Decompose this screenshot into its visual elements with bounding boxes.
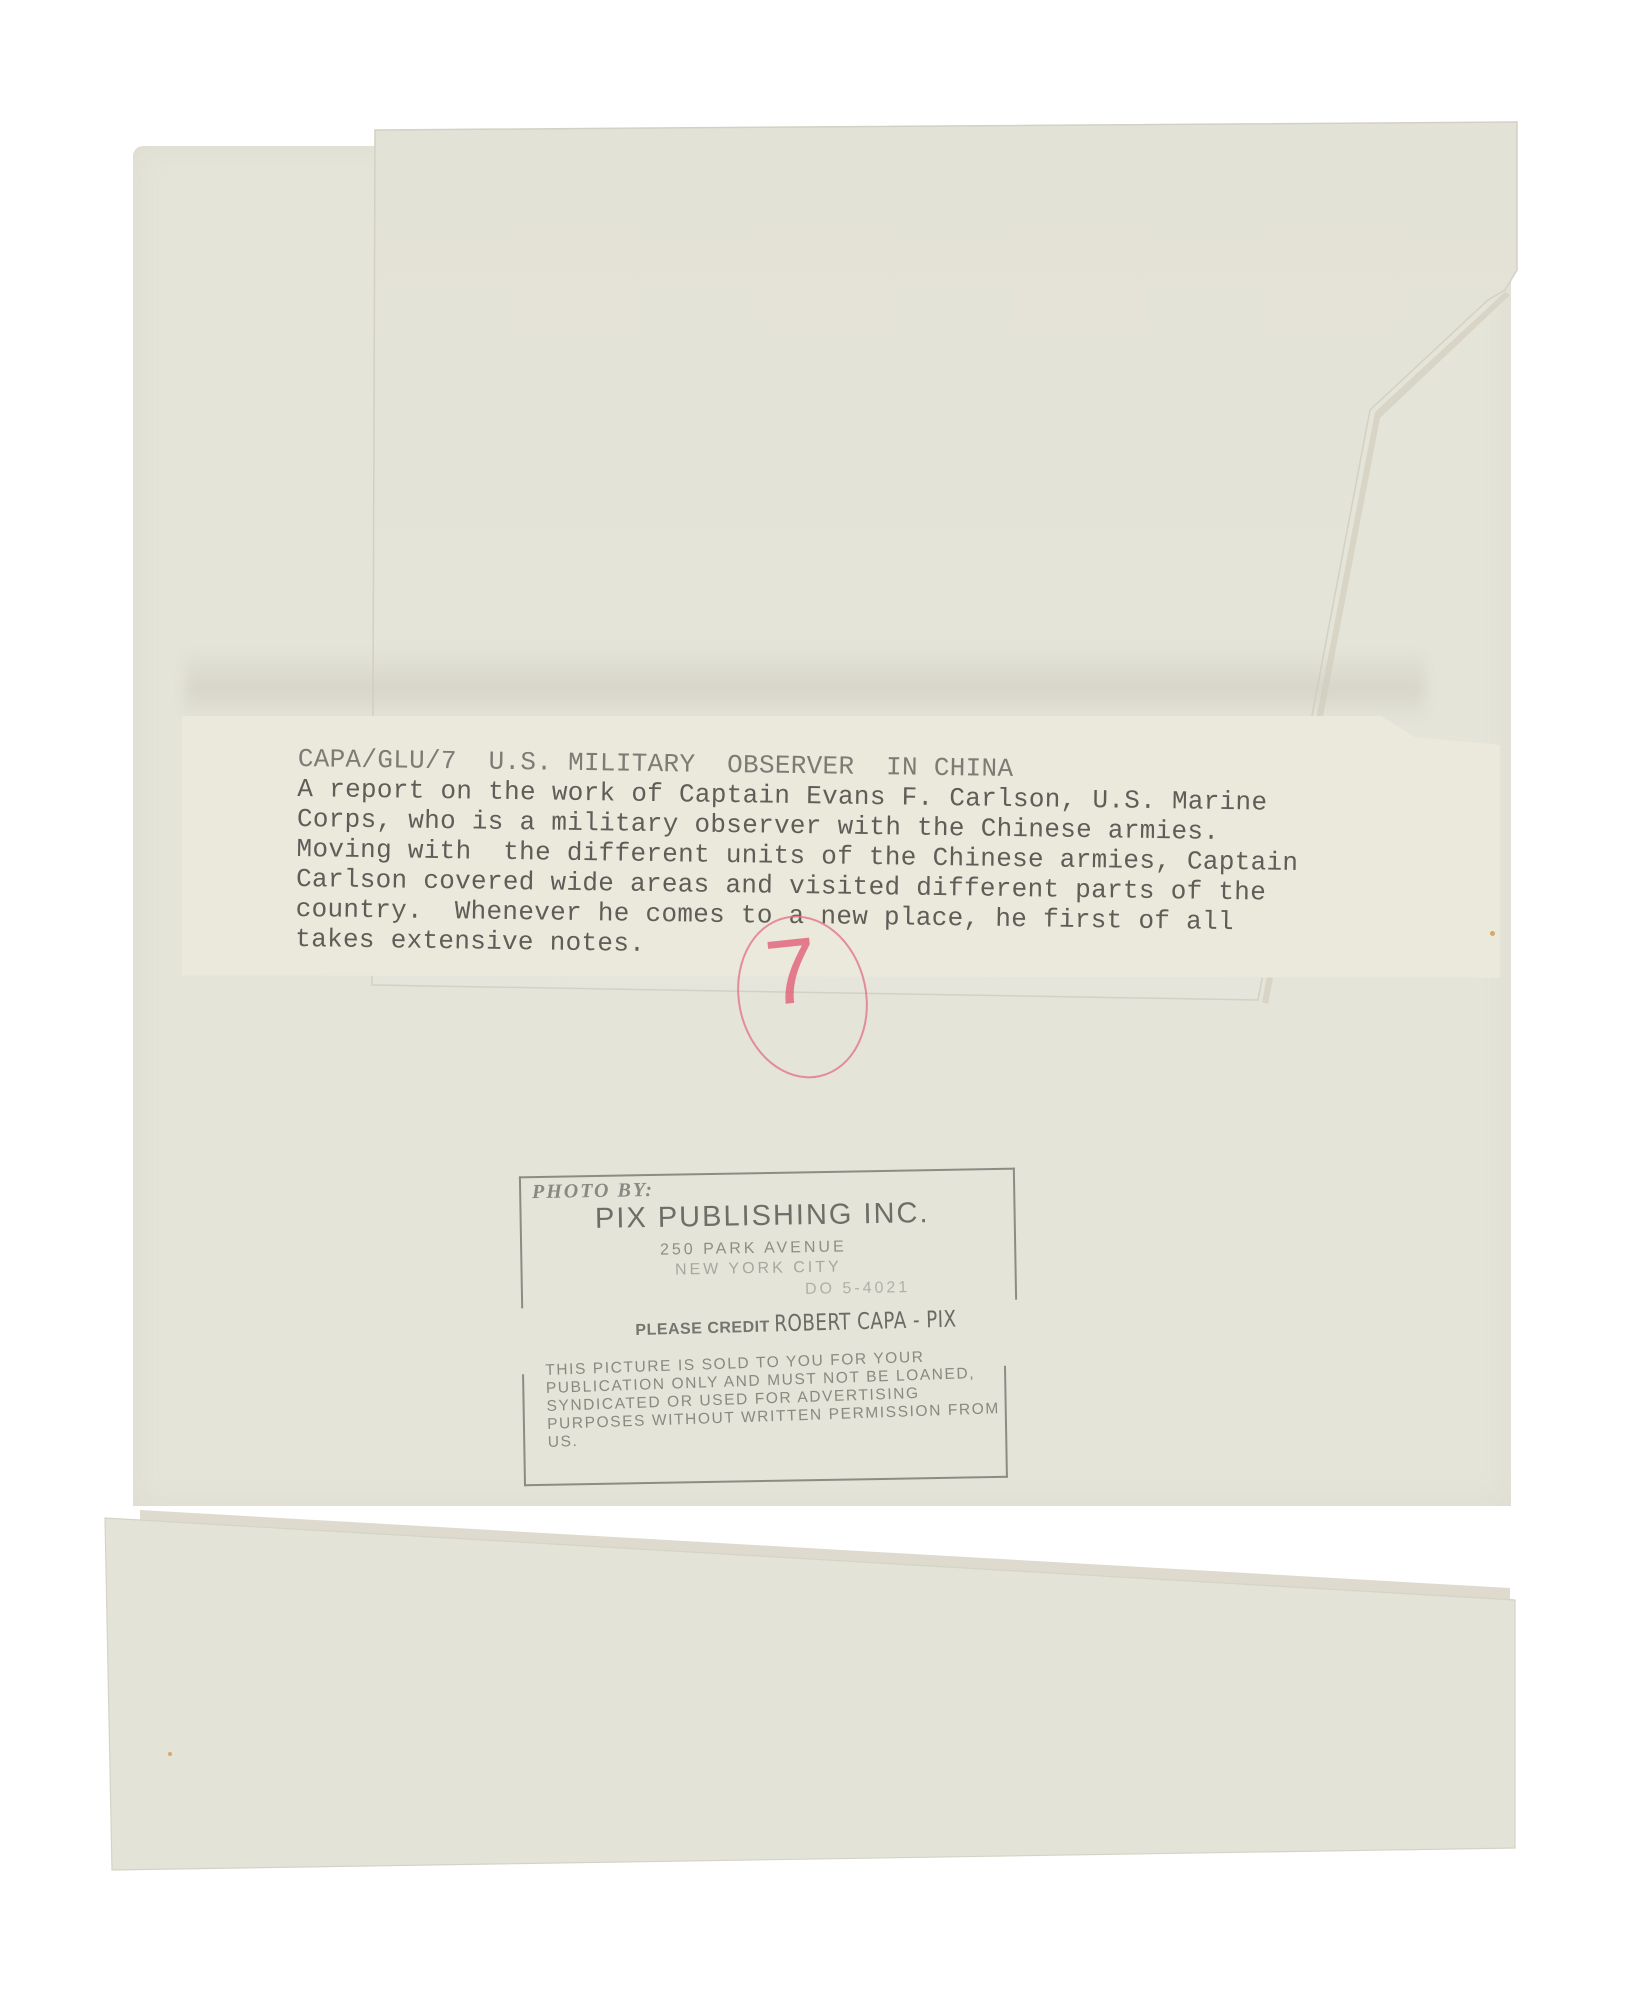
credit-name: ROBERT CAPA - PIX (774, 1307, 957, 1338)
stamp-address-1: 250 PARK AVENUE (660, 1238, 847, 1259)
terms-stamp-text: THIS PICTURE IS SOLD TO YOU FOR YOUR PUB… (545, 1346, 1008, 1452)
paper-spot (1490, 931, 1495, 936)
bottom-mat-flap (105, 1518, 1515, 1870)
stamp-address-2: NEW YORK CITY (675, 1259, 842, 1280)
handwritten-number: 7 (761, 918, 823, 1028)
paper-spot (168, 1752, 172, 1756)
bottom-mat-flap-shadow (140, 1510, 1510, 1602)
credit-prefix: PLEASE CREDIT (635, 1318, 770, 1339)
caption-crease-shadow (185, 650, 1425, 720)
caption-line: takes extensive notes. (295, 924, 645, 959)
stamp-phone: DO 5-4021 (805, 1279, 911, 1299)
stamp-company: PIX PUBLISHING INC. (595, 1197, 930, 1236)
stamp-label: PHOTO BY: (532, 1179, 654, 1204)
